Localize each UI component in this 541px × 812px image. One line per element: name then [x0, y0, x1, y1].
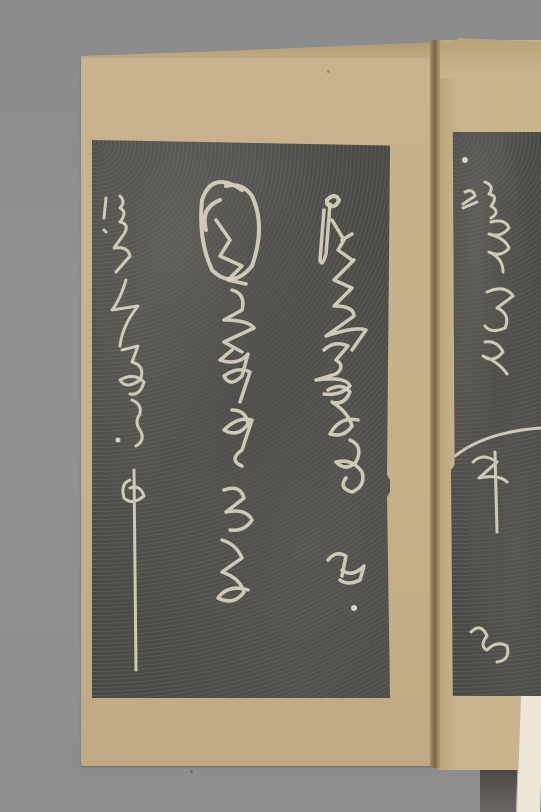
- calligraphy-strokes-right: [451, 132, 541, 696]
- album-spine-gutter: [430, 40, 440, 768]
- left-rubbing: [92, 140, 390, 698]
- white-card-insert: [516, 696, 541, 812]
- paper-speck: [327, 70, 330, 73]
- right-page-folded-corner: [440, 38, 541, 78]
- calligraphy-strokes-left: [92, 140, 390, 698]
- debris-speck: [190, 770, 193, 773]
- right-rubbing: [451, 132, 541, 696]
- shadow-under-album: [480, 770, 520, 812]
